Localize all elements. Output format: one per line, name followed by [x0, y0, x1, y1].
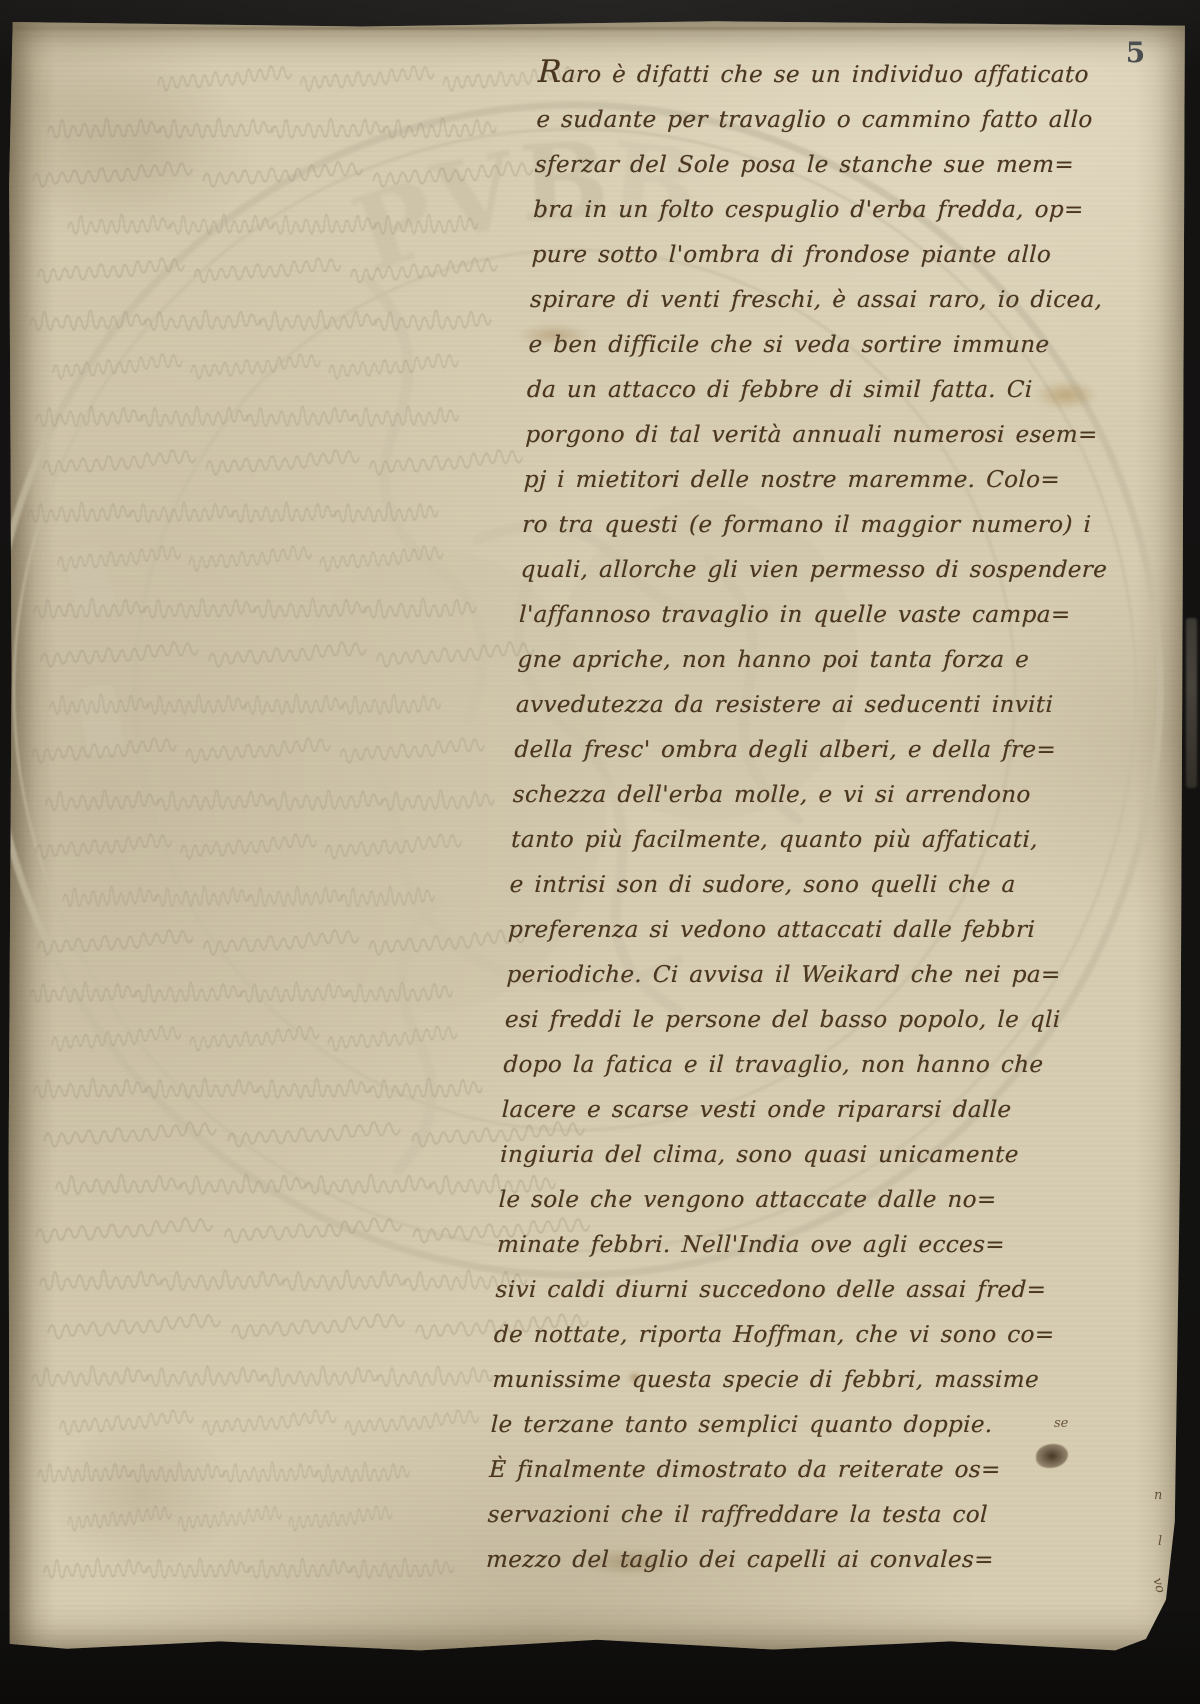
svg-text:P: P: [339, 155, 453, 297]
manuscript-line: bra in un folto cespuglio d'erba fredda,…: [532, 188, 1186, 233]
manuscript-line: tanto più facilmente, quanto più affatic…: [510, 818, 1164, 863]
manuscript-text-column: Raro è difatti che se un individuo affat…: [485, 50, 1191, 1583]
manuscript-line: della fresc' ombra degli alberi, e della…: [514, 728, 1168, 773]
manuscript-line: de nottate, riporta Hoffman, che vi sono…: [493, 1313, 1147, 1358]
manuscript-line: l'affannoso travaglio in quelle vaste ca…: [518, 593, 1172, 638]
margin-mark: l: [1158, 1534, 1162, 1549]
manuscript-line: le sole che vengono attaccate dalle no=: [498, 1178, 1152, 1223]
manuscript-line: dopo la fatica e il travaglio, non hanno…: [503, 1043, 1157, 1088]
manuscript-line: quali, allorche gli vien permesso di sos…: [520, 548, 1174, 593]
manuscript-line: preferenza si vedono attaccati dalle feb…: [507, 908, 1161, 953]
manuscript-line: servazioni che il raffreddare la testa c…: [487, 1493, 1141, 1538]
manuscript-line: mezzo del taglio dei capelli ai convales…: [485, 1538, 1139, 1583]
manuscript-line: gne apriche, non hanno poi tanta forza e: [517, 638, 1171, 683]
manuscript-line: Raro è difatti che se un individuo affat…: [537, 50, 1191, 98]
fold-crease: [8, 27, 1186, 30]
manuscript-line: le terzane tanto semplici quanto doppie.: [490, 1403, 1144, 1448]
manuscript-line: sferzar del Sole posa le stanche sue mem…: [534, 143, 1188, 188]
manuscript-line: ingiuria del clima, sono quasi unicament…: [499, 1133, 1153, 1178]
manuscript-line: munissime questa specie di febbri, massi…: [492, 1358, 1146, 1403]
manuscript-line: ro tra questi (e formano il maggior nume…: [521, 503, 1175, 548]
manuscript-line: porgono di tal verità annuali numerosi e…: [525, 413, 1179, 458]
manuscript-line: da un attacco di febbre di simil fatta. …: [526, 368, 1180, 413]
margin-mark: n: [1154, 1488, 1162, 1503]
manuscript-line: e ben difficile che si veda sortire immu…: [528, 323, 1182, 368]
margin-mark: vo: [1149, 1576, 1167, 1595]
manuscript-page: P V B B: [8, 20, 1186, 1652]
superscript-correction: se: [1054, 1416, 1068, 1431]
aging-patch: [48, 1420, 238, 1570]
manuscript-line: minate febbri. Nell'India ove agli ecces…: [496, 1223, 1150, 1268]
manuscript-line: periodiche. Ci avvisa il Weikard che nei…: [506, 953, 1160, 998]
manuscript-line: lacere e scarse vesti onde ripararsi dal…: [501, 1088, 1155, 1133]
manuscript-line: spirare di venti freschi, è assai raro, …: [529, 278, 1183, 323]
adjacent-page-edge: [1186, 618, 1197, 788]
stamp-left-letters: [62, 541, 126, 758]
manuscript-line: e intrisi son di sudore, sono quelli che…: [509, 863, 1163, 908]
margin-mark: in: [1153, 1624, 1170, 1642]
manuscript-line: avvedutezza da resistere ai seducenti in…: [515, 683, 1169, 728]
manuscript-line: sivi caldi diurni succedono delle assai …: [495, 1268, 1149, 1313]
manuscript-line: esi freddi le persone del basso popolo, …: [504, 998, 1158, 1043]
manuscript-line: e sudante per travaglio o cammino fatto …: [536, 98, 1190, 143]
aging-patch: [28, 66, 258, 236]
manuscript-line: pure sotto l'ombra di frondose piante al…: [531, 233, 1185, 278]
svg-text:V: V: [423, 128, 529, 265]
manuscript-line: pj i mietitori delle nostre maremme. Col…: [523, 458, 1177, 503]
manuscript-line: schezza dell'erba molle, e vi si arrendo…: [512, 773, 1166, 818]
scan-background: P V B B: [0, 0, 1200, 1704]
